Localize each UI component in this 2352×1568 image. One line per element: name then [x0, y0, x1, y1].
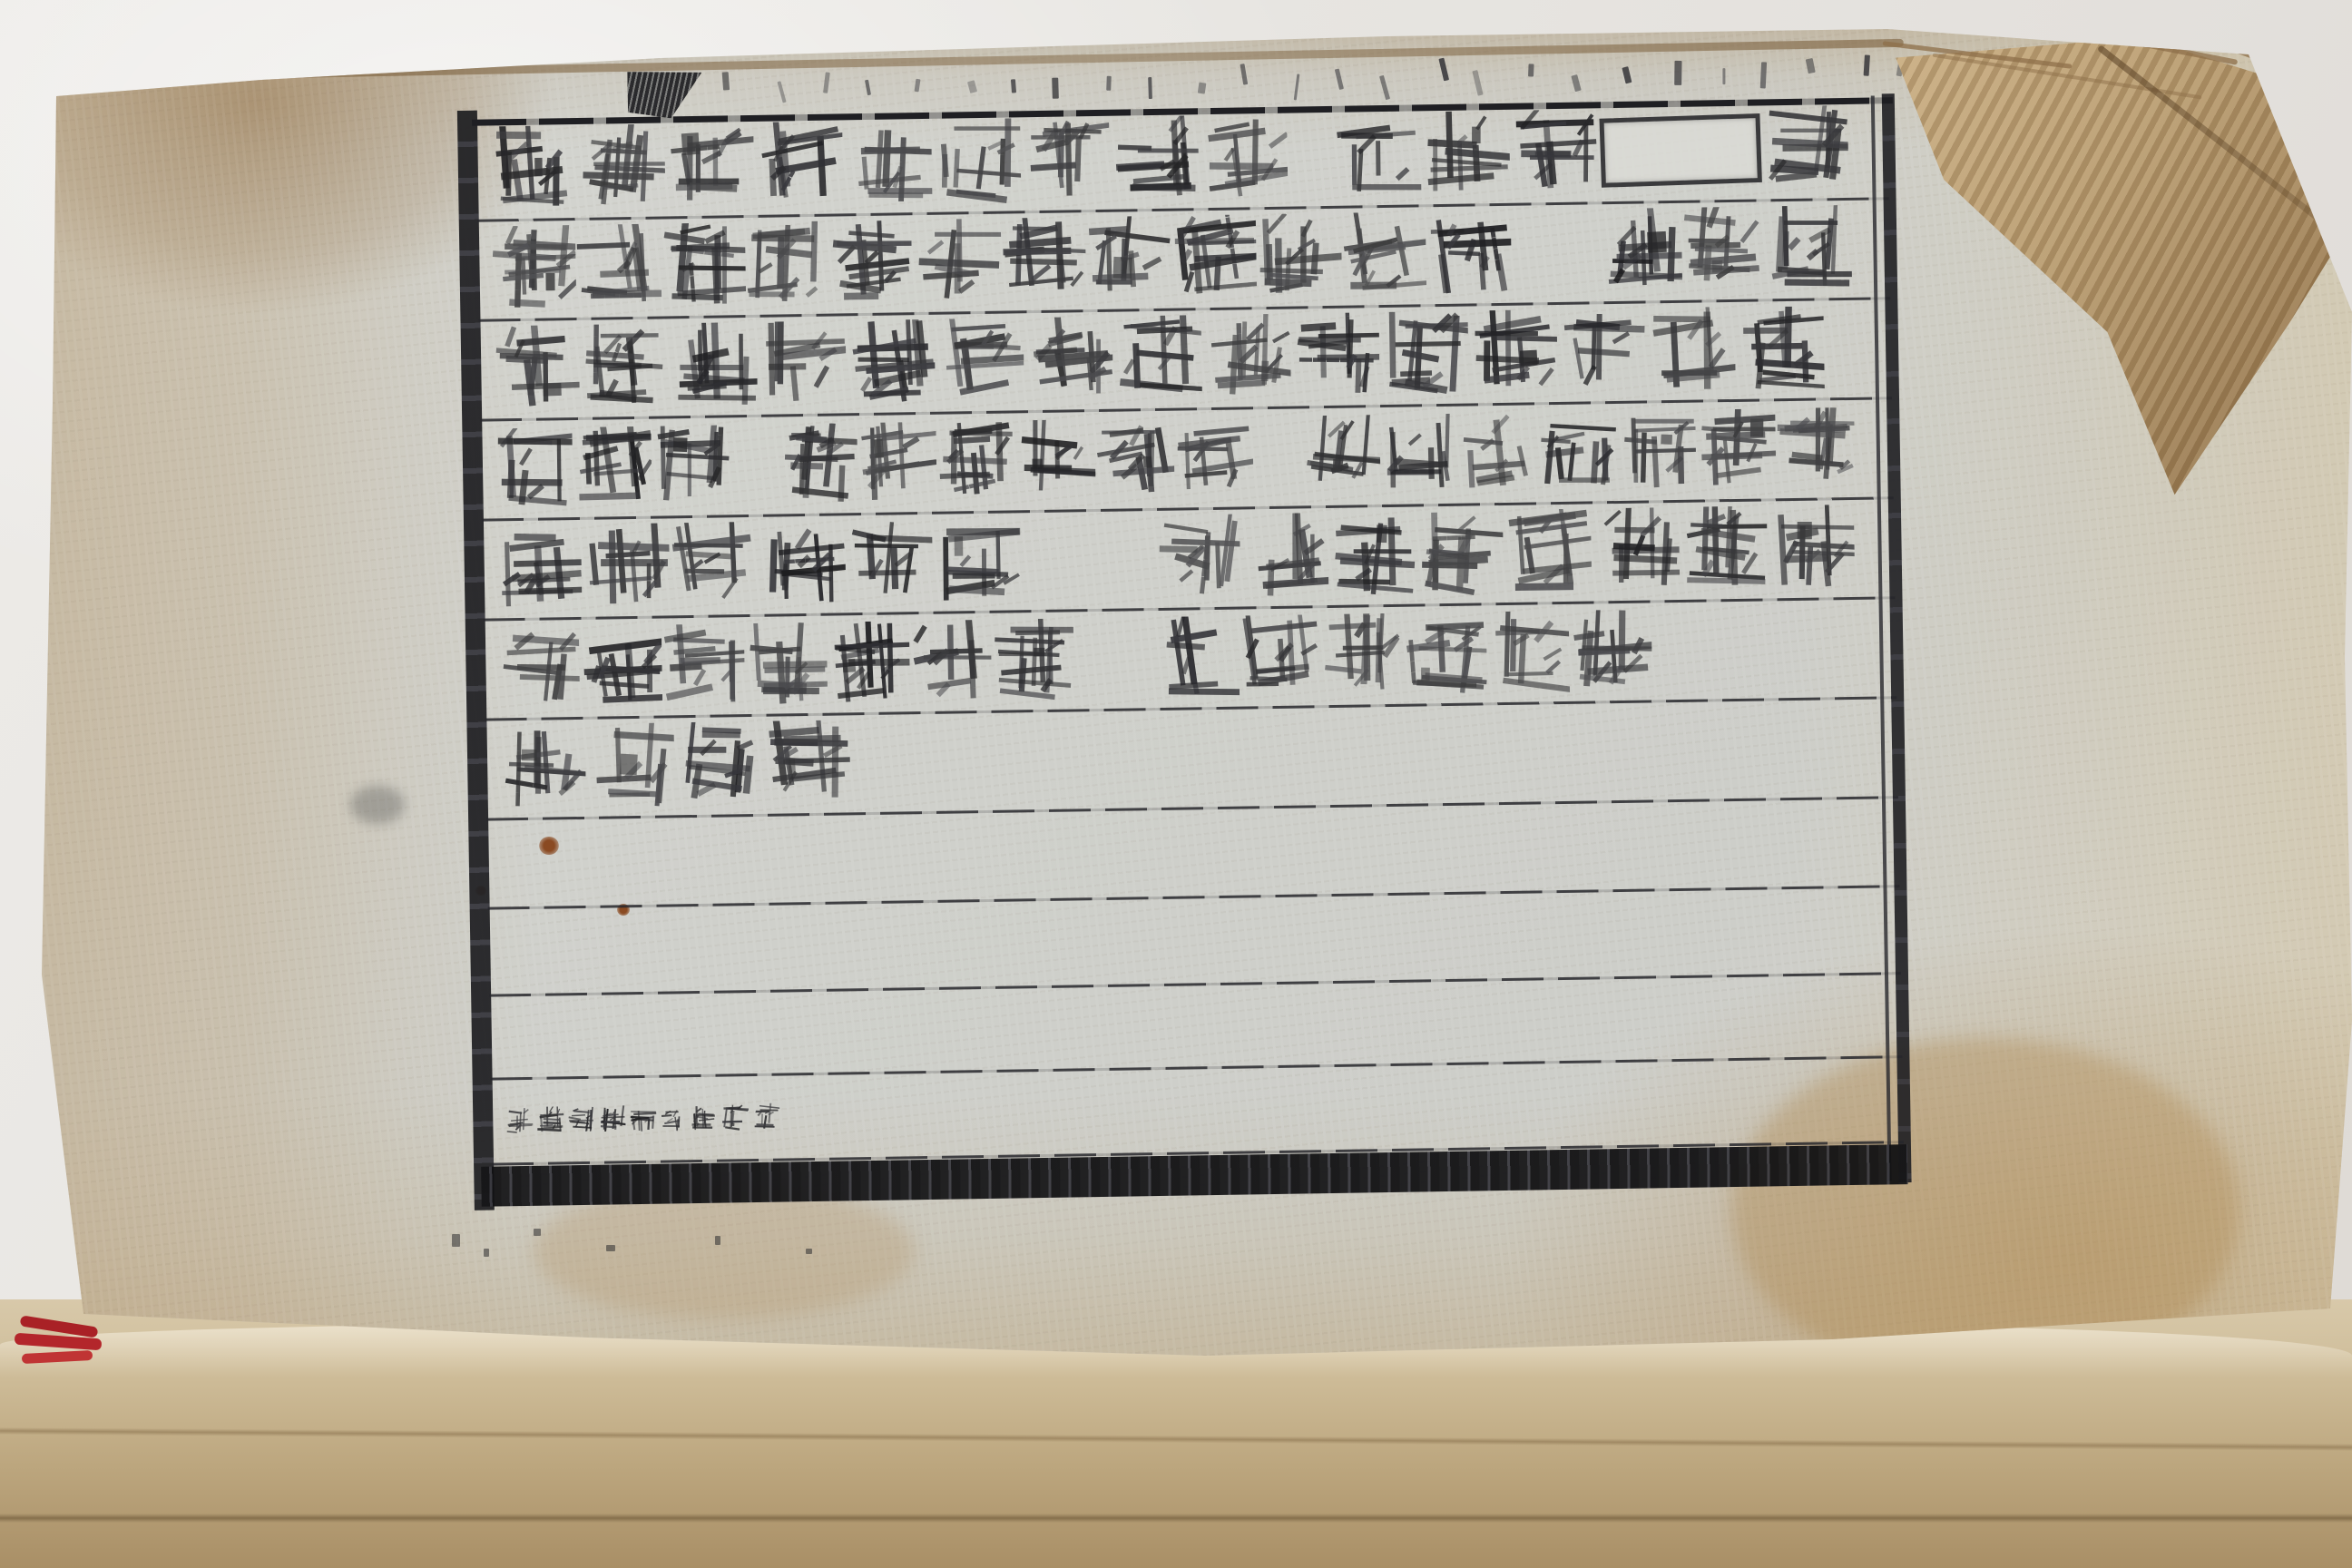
woodblock-character — [936, 316, 1026, 407]
woodblock-character — [908, 619, 992, 702]
woodblock-character — [936, 421, 1017, 502]
woodblock-character — [661, 623, 745, 707]
woodblock-character — [1173, 417, 1254, 498]
row-gap — [1289, 156, 1334, 157]
woodblock-character — [1426, 211, 1512, 297]
woodblock-character — [1239, 614, 1322, 698]
ink-smudge — [350, 786, 405, 824]
row-gap — [1074, 658, 1157, 659]
woodblock-character — [490, 225, 576, 311]
row-gap — [731, 465, 779, 465]
woodblock-character — [573, 426, 653, 507]
woodblock-character — [755, 119, 846, 210]
woodblock-character — [857, 422, 937, 503]
woodblock-character — [720, 1088, 751, 1147]
woodblock-character — [1760, 103, 1851, 194]
woodblock-character — [596, 1090, 628, 1149]
woodblock-character — [497, 722, 588, 813]
woodblock-character — [745, 221, 831, 308]
ink-speck — [484, 1249, 489, 1257]
woodblock-character — [1592, 506, 1681, 595]
woodblock-character — [1416, 509, 1505, 598]
woodblock-character — [581, 321, 671, 412]
ink-speck — [806, 1249, 812, 1254]
page-crease — [0, 1514, 2352, 1523]
ink-speck — [452, 1234, 460, 1247]
woodblock-character — [1171, 214, 1257, 300]
woodblock-character — [1595, 208, 1681, 294]
woodblock-character — [750, 1088, 782, 1147]
woodblock-character — [1736, 303, 1827, 394]
woodblock-character — [1321, 612, 1405, 696]
woodblock-character — [1113, 313, 1204, 404]
cropped-character-mark — [1674, 61, 1681, 85]
woodblock-character — [1681, 207, 1767, 293]
cropped-character-mark — [721, 72, 730, 90]
woodblock-character — [830, 220, 916, 306]
woodblock-character — [1458, 413, 1539, 494]
woodblock-character — [1000, 217, 1086, 303]
woodblock-character — [1404, 612, 1487, 695]
woodblock-character — [1568, 609, 1651, 692]
woodblock-character — [492, 323, 583, 414]
row-gap — [854, 747, 1832, 762]
woodblock-character — [583, 522, 671, 611]
woodblock-character — [1558, 306, 1649, 397]
woodblock-character — [1200, 113, 1290, 203]
woodblock-character — [1504, 507, 1593, 596]
woodblock-character — [934, 516, 1023, 605]
woodblock-character — [1015, 419, 1096, 500]
woodblock-character — [847, 318, 937, 408]
woodblock-character — [627, 1090, 659, 1149]
woodblock-character — [1696, 409, 1777, 490]
woodblock-character — [493, 427, 573, 508]
woodblock-character — [1300, 416, 1381, 496]
woodblock-character — [1022, 115, 1112, 206]
woodblock-character — [689, 1089, 720, 1148]
woodblock-character — [658, 1089, 690, 1148]
row-gap — [1022, 558, 1153, 560]
woodblock-character — [1469, 308, 1560, 398]
woodblock-character — [778, 424, 858, 505]
woodblock-character — [1085, 216, 1171, 302]
woodblock-character — [666, 121, 757, 211]
woodblock-character — [652, 426, 732, 506]
row-gap — [1253, 456, 1300, 456]
printed-frame — [459, 97, 1912, 1209]
woodblock-character — [1775, 407, 1856, 488]
woodblock-character — [1328, 510, 1417, 599]
woodblock-character — [1680, 505, 1769, 593]
woodblock-character — [1153, 513, 1242, 602]
woodblock-character — [565, 1091, 597, 1150]
woodblock-character — [495, 524, 583, 612]
book-page — [25, 22, 2352, 1367]
woodblock-character — [488, 123, 579, 214]
page-crease — [0, 1427, 2352, 1451]
woodblock-character — [504, 1092, 535, 1151]
woodblock-character — [1111, 113, 1201, 204]
woodblock-character — [826, 621, 909, 704]
woodblock-character — [534, 1091, 566, 1150]
woodblock-character — [1647, 305, 1738, 396]
cropped-character-mark — [1106, 76, 1111, 92]
woodblock-character — [1240, 512, 1329, 601]
woodblock-character — [1537, 411, 1618, 492]
woodblock-character — [1156, 615, 1240, 699]
woodblock-character — [670, 320, 760, 411]
woodblock-character — [764, 718, 855, 808]
woodblock-character — [759, 318, 849, 409]
woodblock-character — [743, 622, 827, 705]
cropped-character-mark — [1052, 78, 1059, 100]
woodblock-character — [991, 618, 1074, 701]
cropped-character-mark — [1528, 64, 1534, 76]
woodblock-character — [586, 720, 677, 811]
woodblock-character — [1486, 610, 1570, 693]
woodblock-character — [844, 118, 935, 209]
woodblock-character — [1024, 315, 1115, 406]
empty-cartouche-box — [1599, 113, 1761, 188]
woodblock-character — [1380, 309, 1471, 400]
woodblock-character — [675, 720, 766, 810]
woodblock-character — [1379, 414, 1460, 495]
woodblock-character — [758, 519, 847, 608]
woodblock-character — [1511, 107, 1602, 198]
woodblock-character — [1766, 205, 1852, 291]
red-binding-thread — [15, 1314, 114, 1377]
woodblock-character — [496, 626, 580, 710]
woodblock-character — [1202, 312, 1293, 403]
woodblock-character — [1340, 211, 1426, 298]
woodblock-character — [577, 122, 668, 212]
woodblock-character — [933, 116, 1024, 207]
woodblock-character — [1255, 213, 1341, 299]
ink-speck — [534, 1229, 541, 1236]
woodblock-character — [916, 219, 1002, 305]
woodblock-character — [1422, 109, 1513, 200]
woodblock-character — [1768, 503, 1857, 592]
cropped-character-mark — [1148, 77, 1151, 100]
woodblock-character — [1616, 410, 1697, 491]
cropped-character-mark — [1198, 82, 1207, 93]
woodblock-character — [575, 224, 661, 310]
woodblock-character — [1291, 310, 1382, 401]
woodblock-character — [660, 222, 746, 309]
row-gap — [1651, 647, 1857, 651]
row-gap — [1511, 251, 1596, 252]
ink-speck — [606, 1245, 615, 1251]
woodblock-character — [1094, 418, 1175, 499]
photo-of-woodblock-book-page — [0, 0, 2352, 1568]
woodblock-character — [846, 517, 935, 606]
woodblock-character — [671, 520, 759, 609]
woodblock-character — [1333, 110, 1424, 201]
ink-speck — [715, 1236, 720, 1245]
woodblock-character — [579, 624, 662, 708]
